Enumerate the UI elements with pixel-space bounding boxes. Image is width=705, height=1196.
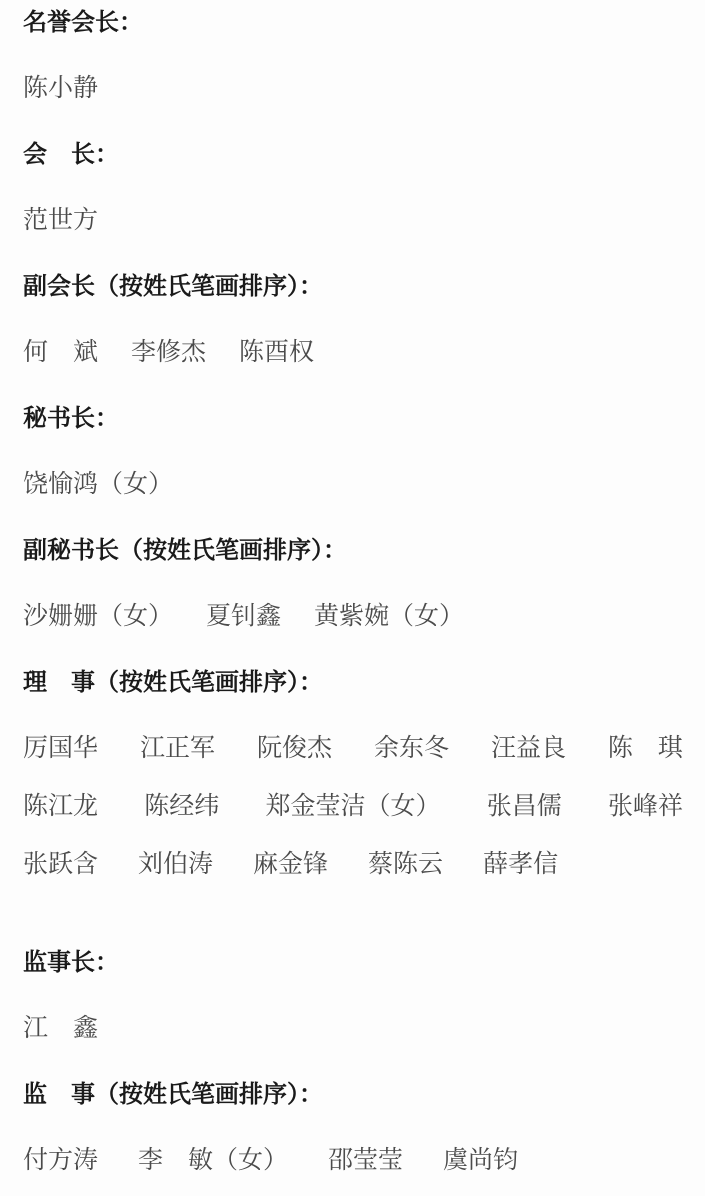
person-name: 陈 琪 bbox=[608, 735, 683, 762]
person-name: 刘伯涛 bbox=[138, 851, 213, 878]
names-line: 沙姗姗（女） 夏钊鑫 黄紫婉（女） bbox=[23, 603, 683, 630]
person-name: 李修杰 bbox=[131, 339, 206, 366]
person-name: 张峰祥 bbox=[608, 793, 683, 820]
person-name: 夏钊鑫 bbox=[206, 603, 281, 630]
person-name: 陈酉权 bbox=[239, 339, 314, 366]
names-line: 何 斌 李修杰 陈酉权 bbox=[23, 339, 683, 366]
section-deputy-secretaries-general: 副秘书长（按姓氏笔画排序）： 沙姗姗（女） 夏钊鑫 黄紫婉（女） bbox=[23, 537, 683, 630]
section-heading: 监事长： bbox=[23, 949, 683, 976]
section-heading: 秘书长： bbox=[23, 405, 683, 432]
section-heading: 会 长： bbox=[23, 141, 683, 168]
person-name: 李 敏（女） bbox=[138, 1147, 288, 1174]
section-heading: 理 事（按姓氏笔画排序）： bbox=[23, 669, 683, 696]
person-name: 付方涛 bbox=[23, 1147, 98, 1174]
names-line: 张跃含 刘伯涛 麻金锋 蔡陈云 薛孝信 bbox=[23, 851, 683, 878]
person-name: 陈经纬 bbox=[144, 793, 219, 820]
person-name: 陈小静 bbox=[23, 75, 98, 102]
section-directors: 理 事（按姓氏笔画排序）： 厉国华 江正军 阮俊杰 余东冬 汪益良 陈 琪 陈江… bbox=[23, 669, 683, 878]
person-name: 沙姗姗（女） bbox=[23, 603, 173, 630]
names-line: 付方涛 李 敏（女） 邵莹莹 虞尚钧 bbox=[23, 1147, 683, 1174]
section-heading: 名誉会长： bbox=[23, 9, 683, 36]
person-name: 张跃含 bbox=[23, 851, 98, 878]
person-name: 郑金莹洁（女） bbox=[265, 793, 440, 820]
section-honorary-president: 名誉会长： 陈小静 bbox=[23, 9, 683, 102]
person-name: 邵莹莹 bbox=[328, 1147, 403, 1174]
names-line: 陈小静 bbox=[23, 75, 683, 102]
person-name: 张昌儒 bbox=[487, 793, 562, 820]
names-line: 范世方 bbox=[23, 207, 683, 234]
person-name: 汪益良 bbox=[491, 735, 566, 762]
person-name: 陈江龙 bbox=[23, 793, 98, 820]
person-name: 范世方 bbox=[23, 207, 98, 234]
person-name: 虞尚钧 bbox=[443, 1147, 518, 1174]
section-vice-presidents: 副会长（按姓氏笔画排序）： 何 斌 李修杰 陈酉权 bbox=[23, 273, 683, 366]
names-line: 饶愉鸿（女） bbox=[23, 471, 683, 498]
person-name: 麻金锋 bbox=[253, 851, 328, 878]
section-heading: 副秘书长（按姓氏笔画排序）： bbox=[23, 537, 683, 564]
person-name: 江 鑫 bbox=[23, 1015, 98, 1042]
section-secretary-general: 秘书长： 饶愉鸿（女） bbox=[23, 405, 683, 498]
person-name: 饶愉鸿（女） bbox=[23, 471, 173, 498]
person-name: 薛孝信 bbox=[483, 851, 558, 878]
names-line: 厉国华 江正军 阮俊杰 余东冬 汪益良 陈 琪 bbox=[23, 735, 683, 762]
section-supervisors: 监 事（按姓氏笔画排序）： 付方涛 李 敏（女） 邵莹莹 虞尚钧 bbox=[23, 1081, 683, 1174]
person-name: 厉国华 bbox=[23, 735, 98, 762]
person-name: 黄紫婉（女） bbox=[314, 603, 464, 630]
roster-document: 名誉会长： 陈小静 会 长： 范世方 副会长（按姓氏笔画排序）： 何 斌 李修杰… bbox=[0, 0, 705, 1196]
person-name: 蔡陈云 bbox=[368, 851, 443, 878]
names-line: 陈江龙 陈经纬 郑金莹洁（女） 张昌儒 张峰祥 bbox=[23, 793, 683, 820]
section-heading: 副会长（按姓氏笔画排序）： bbox=[23, 273, 683, 300]
person-name: 何 斌 bbox=[23, 339, 98, 366]
person-name: 江正军 bbox=[140, 735, 215, 762]
section-heading: 监 事（按姓氏笔画排序）： bbox=[23, 1081, 683, 1108]
section-president: 会 长： 范世方 bbox=[23, 141, 683, 234]
person-name: 阮俊杰 bbox=[257, 735, 332, 762]
person-name: 余东冬 bbox=[374, 735, 449, 762]
names-line: 江 鑫 bbox=[23, 1015, 683, 1042]
section-chief-supervisor: 监事长： 江 鑫 bbox=[23, 949, 683, 1042]
